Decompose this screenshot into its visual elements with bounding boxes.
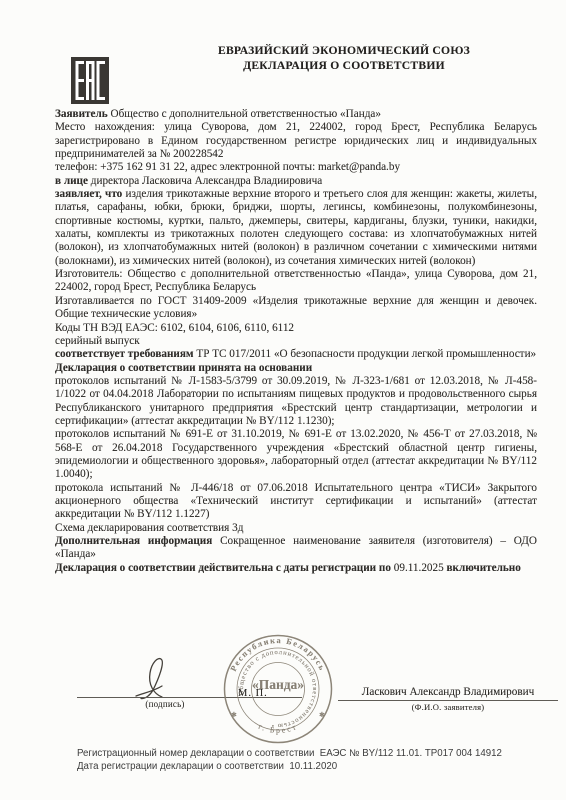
paragraph-text: Изготовитель: Общество с дополнительной … (55, 268, 537, 293)
signature-caption: (подпись) (110, 699, 220, 709)
paragraph-text: 09.11.2025 (391, 562, 447, 574)
paragraph-additional-info: Дополнительная информация Сокращенное на… (55, 535, 537, 562)
paragraph-applicant: Заявитель Общество с дополнительной отве… (55, 108, 537, 121)
paragraph-validity: Декларация о соответствии действительна … (55, 562, 537, 575)
paragraph-tail: включительно (447, 562, 521, 574)
name-caption: (Ф.И.О. заявителя) (338, 702, 558, 712)
document-title: ЕВРАЗИЙСКИЙ ЭКОНОМИЧЕСКИЙ СОЮЗ ДЕКЛАРАЦИ… (122, 43, 566, 73)
title-declaration: ДЕКЛАРАЦИЯ О СООТВЕТСТВИИ (122, 58, 566, 73)
paragraph-text: протоколов испытаний № Л-1583-5/3799 от … (55, 375, 537, 427)
paragraph-products: заявляет, что изделия трикотажные верхни… (55, 188, 537, 268)
eac-mark-icon (71, 57, 109, 104)
paragraph-conformity: соответствует требованиям ТР ТС 017/2011… (55, 348, 537, 361)
registration-number: Регистрационный номер декларации о соотв… (77, 747, 557, 760)
paragraph-text: ТР ТС 017/2011 «О безопасности продукции… (194, 348, 537, 360)
paragraph-lead: Заявитель (55, 108, 108, 120)
paragraph-text: протоколов испытаний № 691-Е от 31.10.20… (55, 428, 537, 480)
paragraph-lead: соответствует требованиям (55, 348, 194, 360)
paragraph-text: Место нахождения: улица Суворова, дом 21… (55, 121, 537, 160)
paragraph-text: протокола испытаний № Л-446/18 от 07.06.… (55, 482, 537, 521)
registration-footer: Регистрационный номер декларации о соотв… (77, 747, 557, 773)
paragraph-text: Изготавливается по ГОСТ 31409-2009 «Изде… (55, 295, 537, 320)
paragraph-lead: заявляет, что (55, 188, 122, 200)
paragraph-lead: Дополнительная информация (55, 535, 212, 547)
paragraph-lead: в лице (55, 175, 88, 187)
paragraph-address: Место нахождения: улица Суворова, дом 21… (55, 121, 537, 161)
declaration-document: ЕВРАЗИЙСКИЙ ЭКОНОМИЧЕСКИЙ СОЮЗ ДЕКЛАРАЦИ… (0, 0, 566, 800)
applicant-name: Ласкович Александр Владимирович (338, 686, 558, 698)
title-union: ЕВРАЗИЙСКИЙ ЭКОНОМИЧЕСКИЙ СОЮЗ (122, 43, 566, 58)
paragraph-lead: Декларация о соответствии действительна … (55, 562, 391, 574)
paragraph-protocols-3: протокола испытаний № Л-446/18 от 07.06.… (55, 482, 537, 522)
paragraph-text: телефон: +375 162 91 31 22, адрес электр… (55, 161, 400, 173)
name-line (338, 700, 558, 701)
stamp-star-left: ✱ (231, 711, 237, 719)
paragraph-text: Схема декларирования соответствия 3д (55, 522, 243, 534)
paragraph-scheme: Схема декларирования соответствия 3д (55, 522, 537, 535)
document-body: Заявитель Общество с дополнительной отве… (55, 108, 537, 575)
paragraph-basis-heading: Декларация о соответствии принята на осн… (55, 362, 537, 375)
paragraph-gost: Изготавливается по ГОСТ 31409-2009 «Изде… (55, 295, 537, 322)
paragraph-text: изделия трикотажные верхние второго и тр… (55, 188, 537, 267)
paragraph-protocols-2: протоколов испытаний № 691-Е от 31.10.20… (55, 428, 537, 481)
paragraph-text: Общество с дополнительной ответственност… (108, 108, 381, 120)
paragraph-text: Коды ТН ВЭД ЕАЭС: 6102, 6104, 6106, 6110… (55, 322, 294, 334)
paragraph-phone-email: телефон: +375 162 91 31 22, адрес электр… (55, 161, 537, 174)
paragraph-protocols-1: протоколов испытаний № Л-1583-5/3799 от … (55, 375, 537, 428)
paragraph-manufacturer: Изготовитель: Общество с дополнительной … (55, 268, 537, 295)
registration-date: Дата регистрации декларации о соответств… (77, 760, 557, 773)
paragraph-text: директора Ласковича Александра Владииров… (88, 175, 322, 187)
paragraph-lead: Декларация о соответствии принята на осн… (55, 362, 312, 374)
paragraph-serial: серийный выпуск (55, 335, 537, 348)
stamp-star-right: ✱ (319, 711, 325, 719)
paragraph-codes: Коды ТН ВЭД ЕАЭС: 6102, 6104, 6106, 6110… (55, 322, 537, 335)
stamp-place-label: М. П. (238, 688, 268, 699)
paragraph-text: серийный выпуск (55, 335, 140, 347)
paragraph-director: в лице директора Ласковича Александра Вл… (55, 175, 537, 188)
